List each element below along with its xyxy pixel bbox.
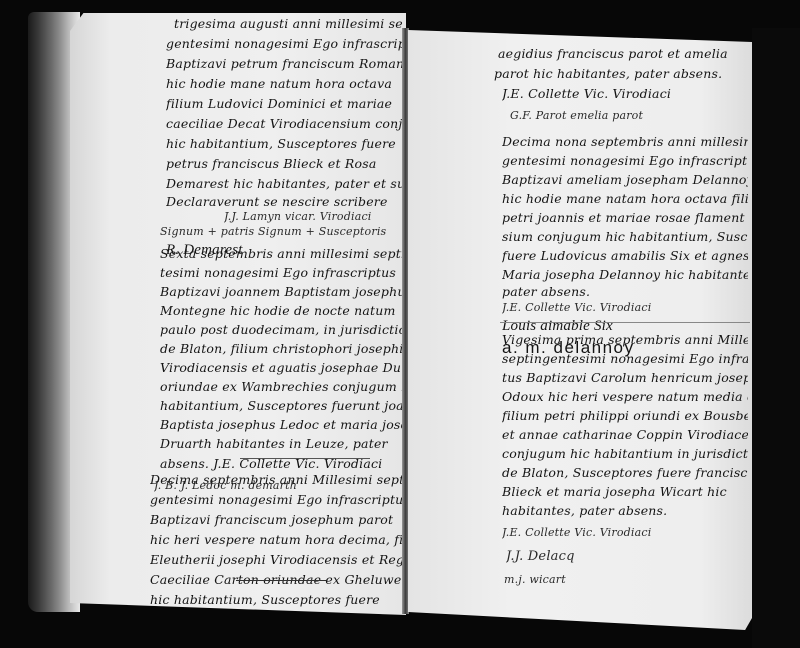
text-line: paulo post duodecimam, in jurisdictione (160, 320, 402, 339)
text-line: hic habitantium, Susceptores fuere (150, 590, 402, 610)
left-entry-1: trigesima augusti anni millesimi septi- … (166, 14, 402, 260)
text-line: hic hodie mane natam hora octava filiam (502, 189, 748, 208)
text-line: Druarth habitantes in Leuze, pater (160, 434, 402, 453)
right-entry-2: Decima nona septembris anni millesimi se… (502, 132, 748, 360)
right-entry-1: aegidius franciscus parot et amelia paro… (498, 44, 748, 128)
text-line: Baptizavi petrum franciscum Roman (166, 54, 402, 74)
godparent-signatures: G.F. Parot emelia parot (510, 104, 748, 128)
left-entry-3: Decima septembris anni Millesimi septin-… (150, 470, 402, 610)
text-line: de Blaton, filium christophori josephi (160, 339, 402, 358)
text-line: petrus franciscus Blieck et Rosa (166, 154, 402, 174)
text-line: Virodiacensis et aguatis josephae Duques… (160, 358, 402, 377)
text-line: de Blaton, Susceptores fuere franciscus (502, 463, 748, 482)
text-line: Baptista josephus Ledoc et maria joseph (160, 415, 402, 434)
text-line: fuere Ludovicus amabilis Six et agnes (502, 246, 748, 265)
text-line: Montegne hic hodie de nocte natum (160, 301, 402, 320)
right-entry-3: Vigesima prima septembris anni Millesimi… (502, 330, 748, 591)
text-line: sium conjugum hic habitantium, Susceptor… (502, 227, 748, 246)
text-line: pater absens. (502, 284, 748, 300)
text-line: septingentesimi nonagesimi Ego infrascri… (502, 349, 748, 368)
priest-signature: J.E. Collette Vic. Virodiaci (502, 521, 748, 545)
priest-signature: J.J. Lamyn vicar. Virodiaci (224, 210, 402, 224)
flourish-line (236, 580, 326, 581)
text-line: petri joannis et mariae rosae flament Vi… (502, 208, 748, 227)
text-line: parot hic habitantes, pater absens. (494, 64, 748, 84)
text-line: Eleutherii josephi Virodiacensis et Regi… (150, 550, 402, 570)
text-line: Declaraverunt se nescire scribere (166, 194, 402, 210)
text-line: aegidius franciscus parot et amelia (498, 44, 748, 64)
right-dark-margin (752, 28, 800, 648)
text-line: Vigesima prima septembris anni Millesimi (502, 330, 748, 349)
text-line: filium Ludovici Dominici et mariae (166, 94, 402, 114)
text-line: hic habitantium, Susceptores fuere (166, 134, 402, 154)
text-line: caeciliae Decat Virodiacensium conjugum (166, 114, 402, 134)
text-line: Baptizavi franciscum josephum parot (150, 510, 402, 530)
text-line: habitantium, Susceptores fuerunt joannes (160, 396, 402, 415)
text-line: trigesima augusti anni millesimi septi- (174, 14, 402, 34)
godfather-signature: J.J. Delacq (506, 545, 748, 569)
text-line: conjugum hic habitantium in jurisdiction… (502, 444, 748, 463)
text-line: et annae catharinae Coppin Virodiacensis (502, 425, 748, 444)
text-line: hic heri vespere natum hora decima, fili… (150, 530, 402, 550)
text-line: Decima nona septembris anni millesimi se… (502, 132, 748, 151)
entry-divider (500, 322, 750, 323)
text-line: J.E. Collette Vic. Virodiaci (502, 84, 748, 104)
text-line: tus Baptizavi Carolum henricum josephum (502, 368, 748, 387)
text-line: Baptizavi ameliam josepham Delannoy (502, 170, 748, 189)
text-line: Baptizavi joannem Baptistam josephum (160, 282, 402, 301)
text-line: oriundae ex Wambrechies conjugum hic (160, 377, 402, 396)
text-line: hic hodie mane natum hora octava (166, 74, 402, 94)
text-line: Sexta septembris anni millesimi septinge… (160, 244, 402, 263)
entry-divider (240, 458, 370, 459)
text-line: tesimi nonagesimi Ego infrascriptus (160, 263, 402, 282)
text-line: Decima septembris anni Millesimi septin- (150, 470, 402, 490)
text-line: Odoux hic heri vespere natum media octav… (502, 387, 748, 406)
text-line: gentesimi nonagesimi Ego infrascriptus (502, 151, 748, 170)
godmother-signature: m.j. wicart (504, 569, 748, 591)
text-line: gentesimi nonagesimi Ego infrascriptus (166, 34, 402, 54)
text-line: Blieck et maria josepha Wicart hic (502, 482, 748, 501)
text-line: gentesimi nonagesimi Ego infrascriptus (150, 490, 402, 510)
text-line: filium petri philippi oriundi ex Bousbec… (502, 406, 748, 425)
scanned-register-image: trigesima augusti anni millesimi septi- … (0, 0, 800, 648)
text-line: Maria josepha Delannoy hic habitantes, (502, 265, 748, 284)
text-line: habitantes, pater absens. (502, 501, 748, 521)
left-entry-2: Sexta septembris anni millesimi septinge… (160, 244, 402, 497)
book-gutter (402, 28, 409, 614)
signum-marks: Signum + patris Signum + Susceptoris (160, 224, 402, 240)
text-line: Demarest hic habitantes, pater et suscep… (166, 174, 402, 194)
priest-signature: J.E. Collette Vic. Virodiaci (502, 300, 748, 316)
